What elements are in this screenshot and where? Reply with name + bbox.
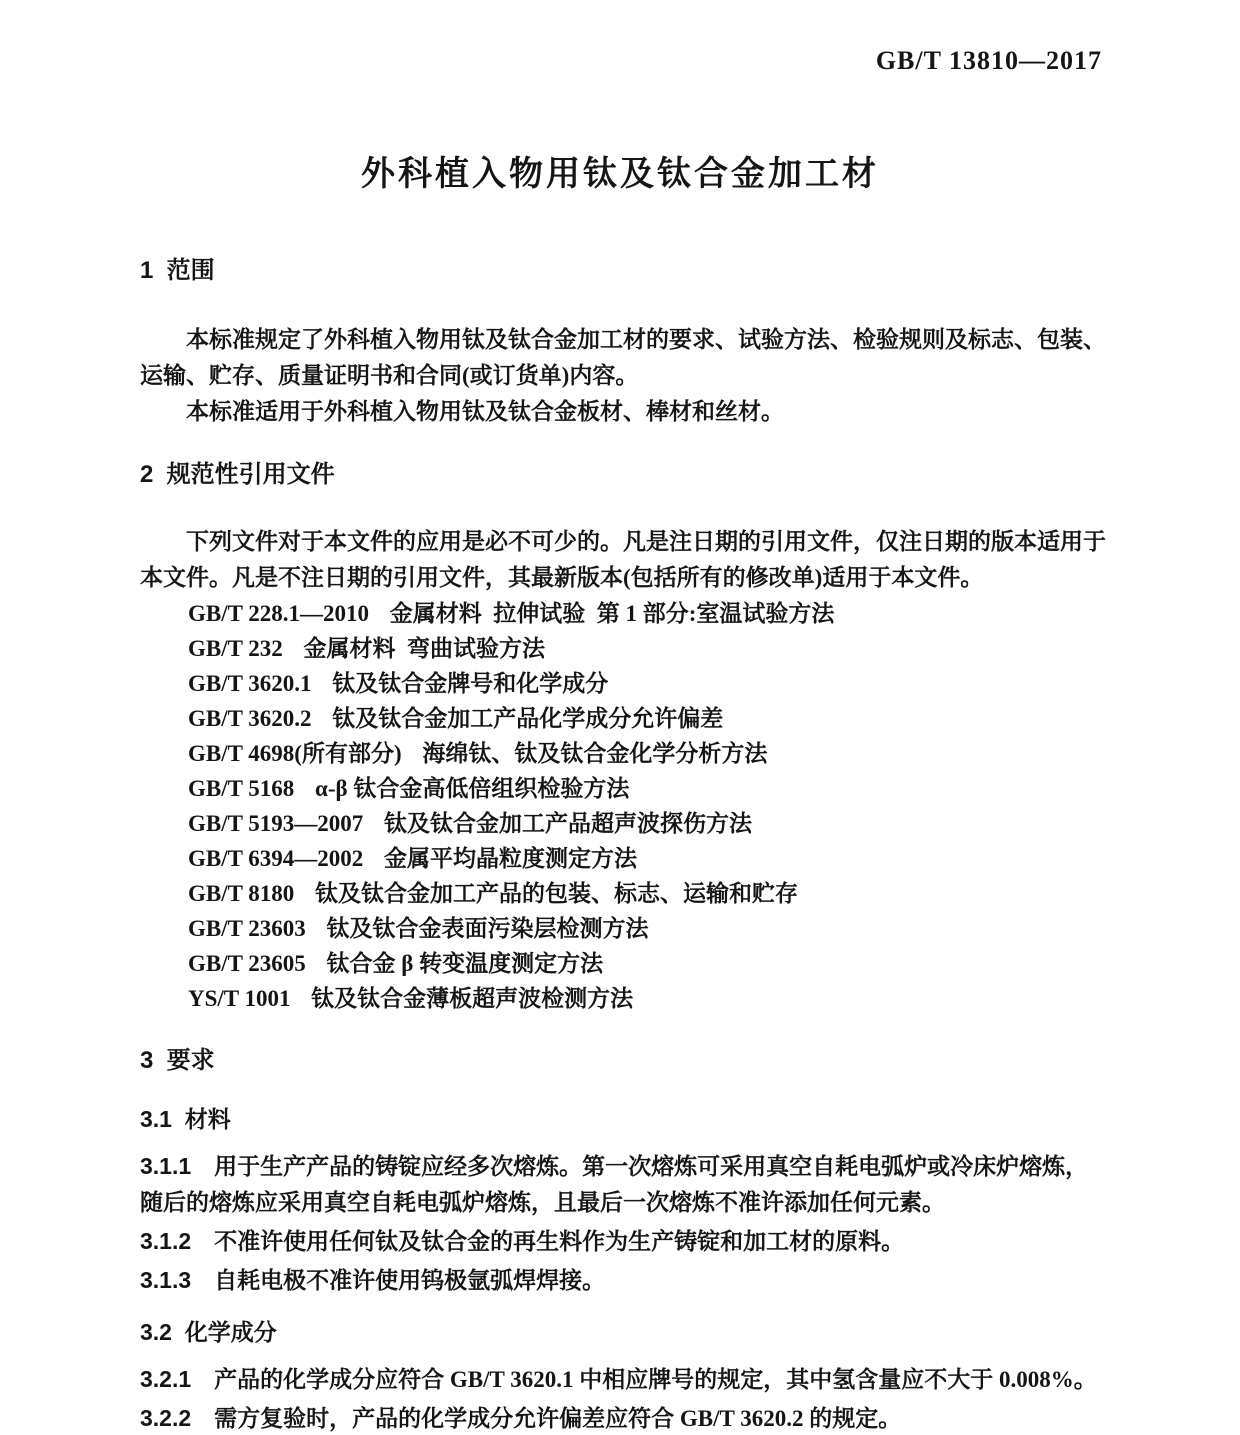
section-1-paragraph-1: 本标准规定了外科植入物用钛及钛合金加工材的要求、试验方法、检验规则及标志、包装、… (140, 322, 1110, 394)
clause-3-2-1: 3.2.1产品的化学成分应符合 GB/T 3620.1 中相应牌号的规定，其中氢… (140, 1361, 1110, 1398)
clause-number: 3.2.1 (140, 1366, 191, 1392)
reference-title: 钛合金 β 转变温度测定方法 (326, 951, 603, 976)
reference-code: GB/T 228.1—2010 (188, 601, 369, 626)
reference-title: 钛及钛合金薄板超声波检测方法 (311, 986, 633, 1011)
clause-3-1-3: 3.1.3自耗电极不准许使用钨极氩弧焊焊接。 (140, 1262, 1110, 1299)
clause-3-2-2: 3.2.2需方复验时，产品的化学成分允许偏差应符合 GB/T 3620.2 的规… (140, 1400, 1110, 1435)
clause-number: 3.1.3 (140, 1267, 191, 1293)
reference-code: GB/T 23605 (188, 951, 306, 976)
reference-code: GB/T 5168 (188, 776, 294, 801)
reference-code: GB/T 4698(所有部分) (188, 741, 402, 766)
reference-item: GB/T 23603钛及钛合金表面污染层检测方法 (188, 911, 1110, 946)
reference-item: GB/T 5168α-β 钛合金高低倍组织检验方法 (188, 771, 1110, 806)
clause-number: 3.2.2 (140, 1405, 191, 1431)
section-3-1-heading: 3.1 材料 (140, 1104, 1110, 1134)
reference-title: 钛及钛合金牌号和化学成分 (332, 671, 608, 696)
section-2-paragraph-1: 下列文件对于本文件的应用是必不可少的。凡是注日期的引用文件，仅注日期的版本适用于… (140, 524, 1110, 596)
reference-code: YS/T 1001 (188, 986, 290, 1011)
reference-title: 钛及钛合金表面污染层检测方法 (326, 916, 648, 941)
clause-number: 3.1.1 (140, 1153, 191, 1179)
section-2-heading: 2 规范性引用文件 (140, 460, 1110, 490)
reference-code: GB/T 232 (188, 636, 283, 661)
document-page: GB/T 13810—2017 外科植入物用钛及钛合金加工材 1 范围 本标准规… (0, 0, 1240, 1435)
clause-number: 3.1.2 (140, 1228, 191, 1254)
reference-code: GB/T 23603 (188, 916, 306, 941)
clause-3-1-2: 3.1.2不准许使用任何钛及钛合金的再生料作为生产铸锭和加工材的原料。 (140, 1223, 1110, 1260)
standard-number: GB/T 13810—2017 (876, 46, 1102, 76)
reference-title: 钛及钛合金加工产品超声波探伤方法 (384, 811, 752, 836)
clause-text: 产品的化学成分应符合 GB/T 3620.1 中相应牌号的规定，其中氢含量应不大… (214, 1367, 1097, 1392)
reference-item: GB/T 4698(所有部分)海绵钛、钛及钛合金化学分析方法 (188, 736, 1110, 771)
section-1-heading: 1 范围 (140, 256, 1110, 286)
reference-title: 海绵钛、钛及钛合金化学分析方法 (422, 741, 767, 766)
reference-item: GB/T 232金属材料 弯曲试验方法 (188, 631, 1110, 666)
reference-code: GB/T 6394—2002 (188, 846, 363, 871)
reference-code: GB/T 3620.2 (188, 706, 312, 731)
reference-title: α-β 钛合金高低倍组织检验方法 (315, 776, 629, 801)
reference-item: GB/T 3620.2钛及钛合金加工产品化学成分允许偏差 (188, 701, 1110, 736)
clause-3-1-1: 3.1.1用于生产产品的铸锭应经多次熔炼。第一次熔炼可采用真空自耗电弧炉或冷床炉… (140, 1148, 1110, 1221)
reference-code: GB/T 3620.1 (188, 671, 312, 696)
section-3-2-heading: 3.2 化学成分 (140, 1317, 1110, 1347)
reference-title: 金属平均晶粒度测定方法 (384, 846, 637, 871)
reference-item: GB/T 3620.1钛及钛合金牌号和化学成分 (188, 666, 1110, 701)
reference-title: 钛及钛合金加工产品化学成分允许偏差 (332, 706, 723, 731)
reference-item: GB/T 228.1—2010金属材料 拉伸试验 第 1 部分:室温试验方法 (188, 596, 1110, 631)
reference-title: 金属材料 弯曲试验方法 (303, 636, 545, 661)
clause-text: 需方复验时，产品的化学成分允许偏差应符合 GB/T 3620.2 的规定。 (214, 1406, 901, 1431)
document-title: 外科植入物用钛及钛合金加工材 (0, 146, 1240, 195)
reference-item: YS/T 1001钛及钛合金薄板超声波检测方法 (188, 981, 1110, 1016)
reference-title: 钛及钛合金加工产品的包装、标志、运输和贮存 (315, 881, 798, 906)
section-3-heading: 3 要求 (140, 1046, 1110, 1076)
reference-item: GB/T 5193—2007钛及钛合金加工产品超声波探伤方法 (188, 806, 1110, 841)
normative-references-list: GB/T 228.1—2010金属材料 拉伸试验 第 1 部分:室温试验方法 G… (140, 596, 1110, 1016)
section-1-paragraph-2: 本标准适用于外科植入物用钛及钛合金板材、棒材和丝材。 (140, 394, 1110, 430)
reference-item: GB/T 8180钛及钛合金加工产品的包装、标志、运输和贮存 (188, 876, 1110, 911)
reference-code: GB/T 5193—2007 (188, 811, 363, 836)
document-body: 1 范围 本标准规定了外科植入物用钛及钛合金加工材的要求、试验方法、检验规则及标… (140, 256, 1110, 1435)
clause-text: 不准许使用任何钛及钛合金的再生料作为生产铸锭和加工材的原料。 (214, 1229, 904, 1254)
clause-text: 自耗电极不准许使用钨极氩弧焊焊接。 (214, 1268, 605, 1293)
reference-item: GB/T 6394—2002金属平均晶粒度测定方法 (188, 841, 1110, 876)
reference-item: GB/T 23605钛合金 β 转变温度测定方法 (188, 946, 1110, 981)
reference-code: GB/T 8180 (188, 881, 294, 906)
clause-text: 用于生产产品的铸锭应经多次熔炼。第一次熔炼可采用真空自耗电弧炉或冷床炉熔炼，随后… (140, 1154, 1088, 1215)
reference-title: 金属材料 拉伸试验 第 1 部分:室温试验方法 (390, 601, 835, 626)
